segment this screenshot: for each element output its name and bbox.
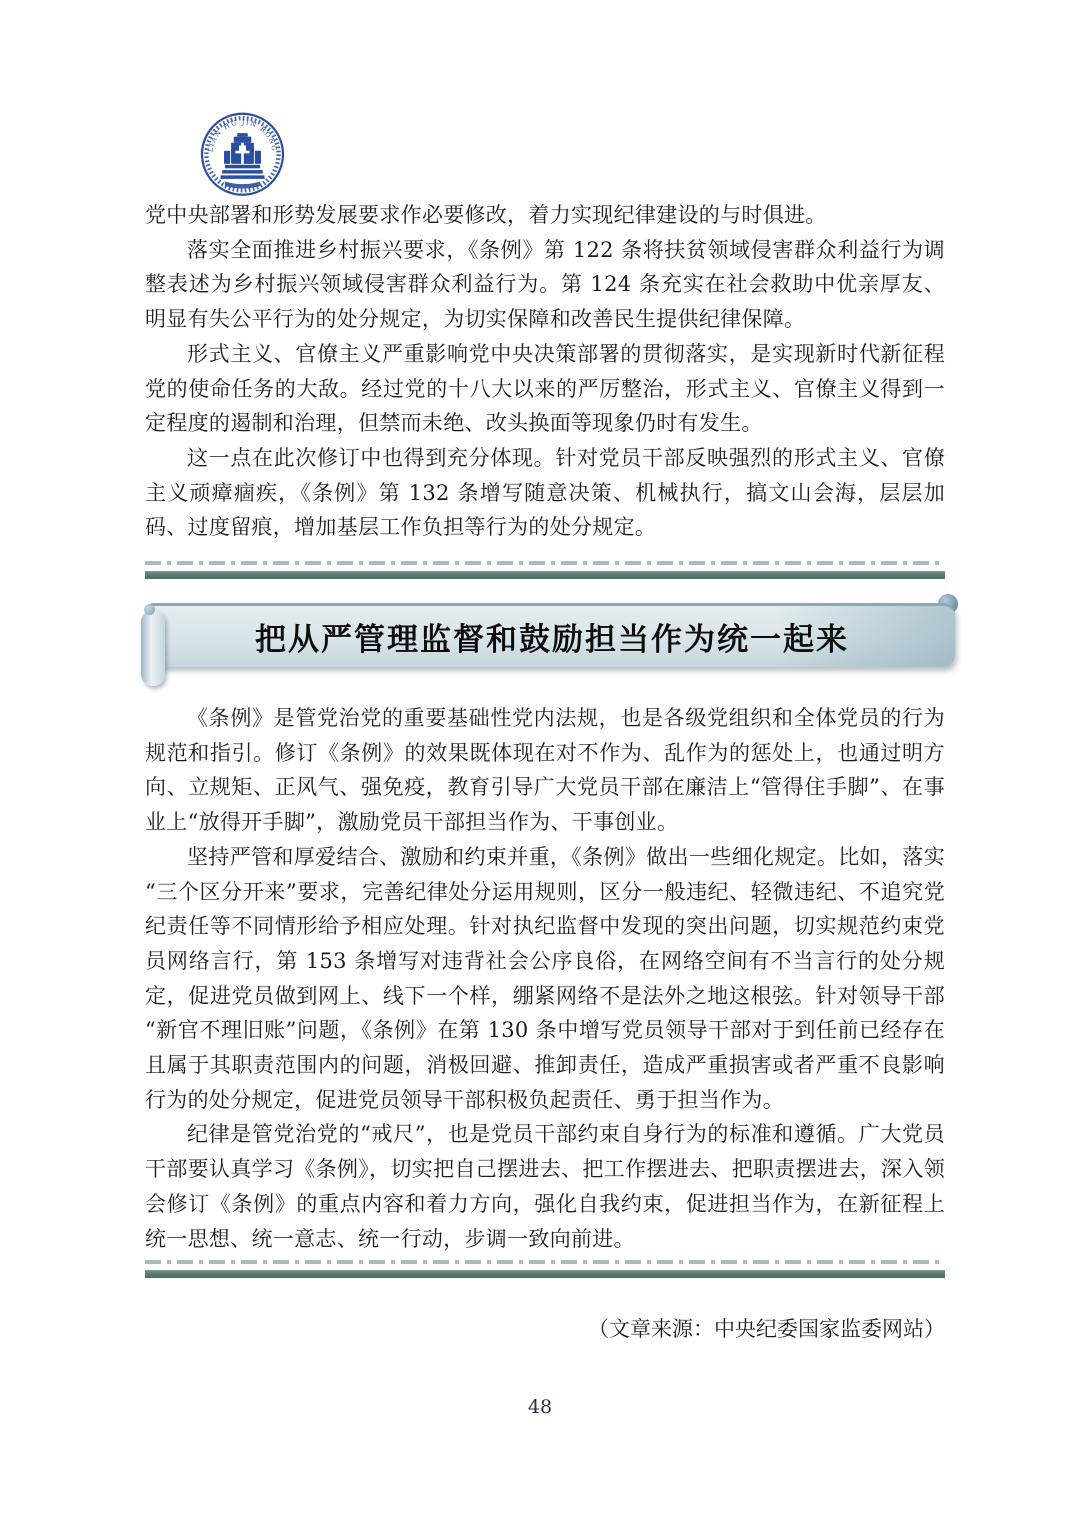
paragraph: 纪律是管党治党的“戒尺”，也是党员干部约束自身行为的标准和遵循。广大党员干部要认… — [145, 1117, 945, 1256]
dash-dot-rule — [145, 1260, 945, 1264]
article-source: （文章来源：中央纪委国家监委网站） — [145, 1314, 945, 1344]
paragraph: 党中央部署和形势发展要求作必要修改，着力实现纪律建设的与时俱进。 — [145, 198, 945, 233]
document-page: LIAN HU JIN RONG — [0, 0, 1080, 1527]
scroll-roll-icon — [141, 610, 165, 686]
paragraph: 形式主义、官僚主义严重影响党中央决策部署的贯彻落实，是实现新时代新征程党的使命任… — [145, 337, 945, 441]
intro-paragraphs: 党中央部署和形势发展要求作必要修改，着力实现纪律建设的与时俱进。 落实全面推进乡… — [145, 198, 945, 545]
banner-body: 把从严管理监督和鼓励担当作为统一起来 — [149, 603, 955, 667]
section-paragraphs: 《条例》是管党治党的重要基础性党内法规，也是各级党组织和全体党员的行为规范和指引… — [145, 701, 945, 1256]
seal-emblem-icon: LIAN HU JIN RONG — [195, 112, 290, 200]
solid-rule — [145, 571, 945, 579]
paragraph: 落实全面推进乡村振兴要求，《条例》第 122 条将扶贫领域侵害群众利益行为调整表… — [145, 233, 945, 337]
organization-logo: LIAN HU JIN RONG — [195, 112, 290, 198]
scroll-roll-cap-icon — [144, 604, 155, 615]
section-title: 把从严管理监督和鼓励担当作为统一起来 — [255, 614, 849, 659]
section-divider-top — [145, 561, 945, 579]
content-column: LIAN HU JIN RONG — [145, 0, 945, 1344]
section-divider-bottom — [145, 1260, 945, 1278]
paragraph: 这一点在此次修订中也得到充分体现。针对党员干部反映强烈的形式主义、官僚主义顽瘴痼… — [145, 441, 945, 545]
dash-dot-rule — [145, 561, 945, 565]
page-number: 48 — [0, 1396, 1080, 1418]
section-title-banner: 把从严管理监督和鼓励担当作为统一起来 — [145, 603, 955, 667]
solid-rule — [145, 1270, 945, 1278]
paragraph: 坚持严管和厚爱结合、激励和约束并重，《条例》做出一些细化规定。比如，落实“三个区… — [145, 840, 945, 1118]
paragraph: 《条例》是管党治党的重要基础性党内法规，也是各级党组织和全体党员的行为规范和指引… — [145, 701, 945, 840]
